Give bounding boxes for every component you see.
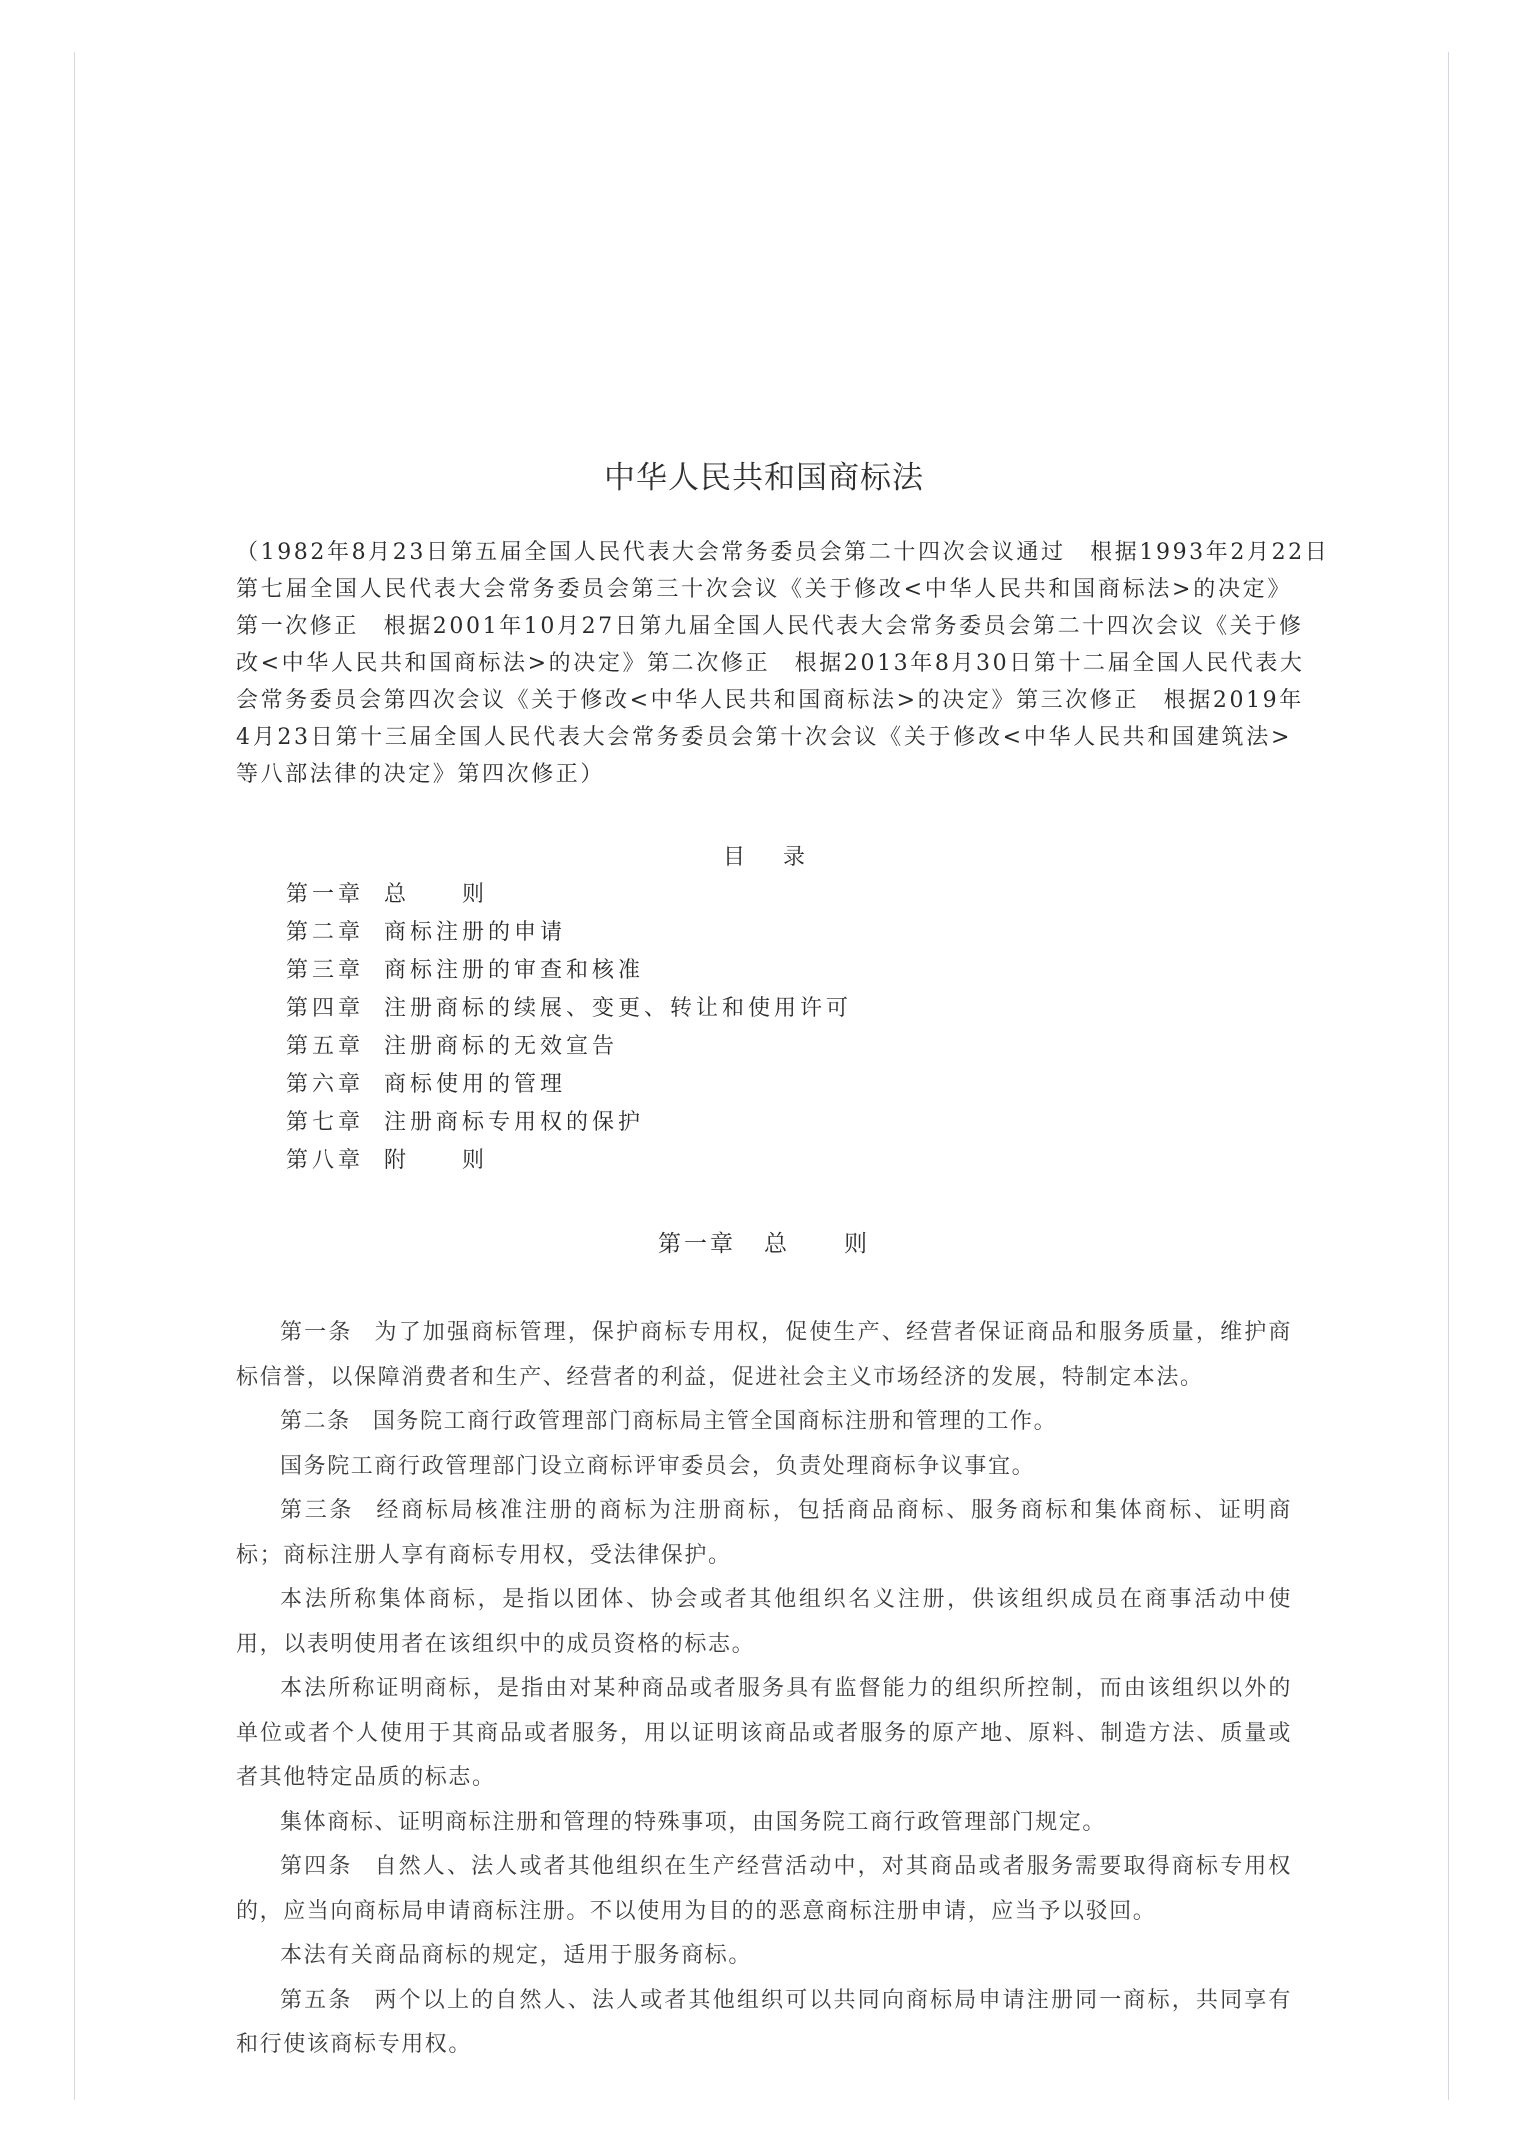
article-number: 第一条 <box>280 1319 352 1344</box>
article-number: 第二条 <box>280 1408 351 1433</box>
toc-item[interactable]: 第八章 附 则 <box>286 1142 852 1180</box>
article-paragraph: 本法所称集体商标，是指以团体、协会或者其他组织名义注册，供该组织成员在商事活动中… <box>236 1577 1292 1666</box>
preamble-line: 第七届全国人民代表大会常务委员会第三十次会议《关于修改<中华人民共和国商标法>的… <box>236 571 1292 608</box>
article-text: 本法有关商品商标的规定，适用于服务商标。 <box>280 1942 752 1967</box>
toc-chapter-number: 第一章 <box>286 876 384 914</box>
preamble-line: 改<中华人民共和国商标法>的决定》第二次修正 根据2013年8月30日第十二届全… <box>236 645 1292 682</box>
toc-chapter-label: 商标注册的申请 <box>384 914 566 952</box>
toc-chapter-number: 第八章 <box>286 1142 384 1180</box>
toc-chapter-label: 附 则 <box>384 1142 488 1180</box>
chapter-number: 第一章 <box>658 1231 736 1257</box>
toc-item[interactable]: 第三章 商标注册的审查和核准 <box>286 952 852 990</box>
article-paragraph: 第四条自然人、法人或者其他组织在生产经营活动中，对其商品或者服务需要取得商标专用… <box>236 1844 1292 1933</box>
toc-title: 目录 <box>236 840 1292 871</box>
article-paragraph: 本法所称证明商标，是指由对某种商品或者服务具有监督能力的组织所控制，而由该组织以… <box>236 1666 1292 1800</box>
article-number: 第五条 <box>280 1987 352 2012</box>
toc-item[interactable]: 第六章 商标使用的管理 <box>286 1066 852 1104</box>
toc-chapter-label: 注册商标的无效宣告 <box>384 1028 618 1066</box>
article-paragraph: 本法有关商品商标的规定，适用于服务商标。 <box>236 1933 1292 1978</box>
toc-item[interactable]: 第四章 注册商标的续展、变更、转让和使用许可 <box>286 990 852 1028</box>
article-paragraph: 第五条两个以上的自然人、法人或者其他组织可以共同向商标局申请注册同一商标，共同享… <box>236 1978 1292 2067</box>
toc-chapter-number: 第五章 <box>286 1028 384 1066</box>
chapter-heading: 第一章总则 <box>236 1225 1292 1258</box>
toc-item[interactable]: 第七章 注册商标专用权的保护 <box>286 1104 852 1142</box>
article-paragraph: 第一条为了加强商标管理，保护商标专用权，促使生产、经营者保证商品和服务质量，维护… <box>236 1310 1292 1399</box>
toc-item[interactable]: 第五章 注册商标的无效宣告 <box>286 1028 852 1066</box>
article-text: 为了加强商标管理，保护商标专用权，促使生产、经营者保证商品和服务质量，维护商标信… <box>236 1319 1292 1389</box>
article-text: 经商标局核准注册的商标为注册商标，包括商品商标、服务商标和集体商标、证明商标；商… <box>236 1497 1292 1567</box>
article-paragraph: 第三条经商标局核准注册的商标为注册商标，包括商品商标、服务商标和集体商标、证明商… <box>236 1488 1292 1577</box>
preamble-line: 第一次修正 根据2001年10月27日第九届全国人民代表大会常务委员会第二十四次… <box>236 608 1292 645</box>
chapter-title-part: 则 <box>844 1231 870 1257</box>
article-number: 第四条 <box>280 1853 352 1878</box>
article-text: 集体商标、证明商标注册和管理的特殊事项，由国务院工商行政管理部门规定。 <box>280 1809 1106 1834</box>
toc-chapter-number: 第二章 <box>286 914 384 952</box>
toc-chapter-number: 第三章 <box>286 952 384 990</box>
toc-chapter-number: 第六章 <box>286 1066 384 1104</box>
article-text: 本法所称集体商标，是指以团体、协会或者其他组织名义注册，供该组织成员在商事活动中… <box>236 1586 1292 1656</box>
document-title: 中华人民共和国商标法 <box>236 452 1292 497</box>
preamble-line: 等八部法律的决定》第四次修正） <box>236 756 1292 793</box>
preamble-line: （1982年8月23日第五届全国人民代表大会常务委员会第二十四次会议通过 根据1… <box>236 534 1292 571</box>
article-text: 本法所称证明商标，是指由对某种商品或者服务具有监督能力的组织所控制，而由该组织以… <box>236 1675 1292 1789</box>
article-text: 国务院工商行政管理部门商标局主管全国商标注册和管理的工作。 <box>373 1408 1057 1433</box>
article-text: 国务院工商行政管理部门设立商标评审委员会，负责处理商标争议事宜。 <box>280 1453 1035 1478</box>
toc-chapter-label: 注册商标专用权的保护 <box>384 1104 644 1142</box>
preamble-line: 会常务委员会第四次会议《关于修改<中华人民共和国商标法>的决定》第三次修正 根据… <box>236 682 1292 719</box>
toc-chapter-label: 商标使用的管理 <box>384 1066 566 1104</box>
toc-item[interactable]: 第一章 总 则 <box>286 876 852 914</box>
toc-chapter-label: 总 则 <box>384 876 488 914</box>
table-of-contents: 第一章 总 则 第二章 商标注册的申请 第三章 商标注册的审查和核准 第四章 注… <box>286 876 852 1180</box>
article-text: 两个以上的自然人、法人或者其他组织可以共同向商标局申请注册同一商标，共同享有和行… <box>236 1987 1292 2057</box>
page-right-edge <box>1448 52 1449 2100</box>
toc-chapter-number: 第七章 <box>286 1104 384 1142</box>
preamble-line: 4月23日第十三届全国人民代表大会常务委员会第十次会议《关于修改<中华人民共和国… <box>236 719 1292 756</box>
article-paragraph: 集体商标、证明商标注册和管理的特殊事项，由国务院工商行政管理部门规定。 <box>236 1800 1292 1845</box>
toc-chapter-number: 第四章 <box>286 990 384 1028</box>
chapter-title-part: 总 <box>764 1231 790 1257</box>
article-paragraph: 国务院工商行政管理部门设立商标评审委员会，负责处理商标争议事宜。 <box>236 1444 1292 1489</box>
amendment-history: （1982年8月23日第五届全国人民代表大会常务委员会第二十四次会议通过 根据1… <box>236 534 1292 793</box>
toc-item[interactable]: 第二章 商标注册的申请 <box>286 914 852 952</box>
article-number: 第三条 <box>280 1497 354 1522</box>
chapter-body: 第一条为了加强商标管理，保护商标专用权，促使生产、经营者保证商品和服务质量，维护… <box>236 1310 1292 2067</box>
toc-chapter-label: 商标注册的审查和核准 <box>384 952 644 990</box>
article-text: 自然人、法人或者其他组织在生产经营活动中，对其商品或者服务需要取得商标专用权的，… <box>236 1853 1292 1923</box>
toc-chapter-label: 注册商标的续展、变更、转让和使用许可 <box>384 990 852 1028</box>
article-paragraph: 第二条国务院工商行政管理部门商标局主管全国商标注册和管理的工作。 <box>236 1399 1292 1444</box>
page-left-edge <box>74 52 75 2100</box>
